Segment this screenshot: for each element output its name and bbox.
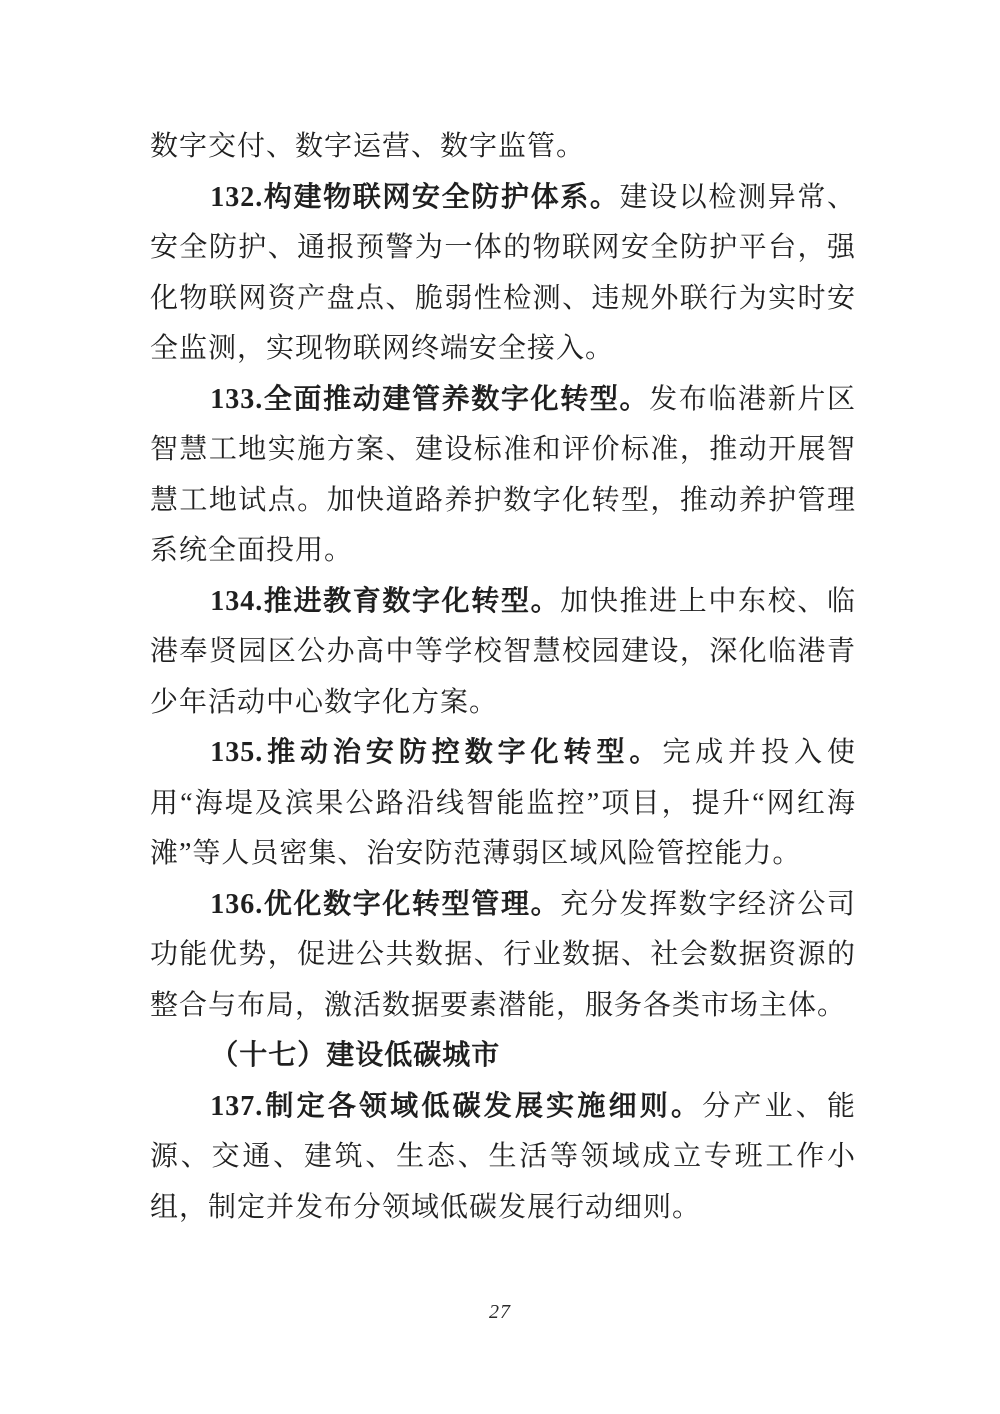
item-135-label: 135.推动治安防控数字化转型。 — [210, 737, 662, 768]
item-136-label: 136.优化数字化转型管理。 — [210, 889, 560, 920]
paragraph-item-135: 135.推动治安防控数字化转型。完成并投入使用“海堤及滨果公路沿线智能监控”项目… — [150, 728, 856, 880]
document-content: 数字交付、数字运营、数字监管。 132.构建物联网安全防护体系。建设以检测异常、… — [150, 122, 856, 1233]
paragraph-continuation: 数字交付、数字运营、数字监管。 — [150, 122, 856, 173]
item-133-label: 133.全面推动建管养数字化转型。 — [210, 384, 649, 415]
item-134-label: 134.推进教育数字化转型。 — [210, 586, 560, 617]
section-heading-17-text: （十七）建设低碳城市 — [210, 1040, 500, 1071]
paragraph-text: 数字交付、数字运营、数字监管。 — [150, 131, 585, 162]
paragraph-item-136: 136.优化数字化转型管理。充分发挥数字经济公司功能优势，促进公共数据、行业数据… — [150, 880, 856, 1032]
paragraph-item-133: 133.全面推动建管养数字化转型。发布临港新片区智慧工地实施方案、建设标准和评价… — [150, 375, 856, 577]
paragraph-item-132: 132.构建物联网安全防护体系。建设以检测异常、安全防护、通报预警为一体的物联网… — [150, 173, 856, 375]
item-132-label: 132.构建物联网安全防护体系。 — [210, 182, 619, 213]
section-heading-17: （十七）建设低碳城市 — [150, 1031, 856, 1082]
page-number: 27 — [0, 1301, 1000, 1324]
paragraph-item-134: 134.推进教育数字化转型。加快推进上中东校、临港奉贤园区公办高中等学校智慧校园… — [150, 577, 856, 729]
paragraph-item-137: 137.制定各领域低碳发展实施细则。分产业、能源、交通、建筑、生态、生活等领域成… — [150, 1082, 856, 1234]
document-page: 数字交付、数字运营、数字监管。 132.构建物联网安全防护体系。建设以检测异常、… — [0, 0, 1000, 1414]
item-137-label: 137.制定各领域低碳发展实施细则。 — [210, 1091, 702, 1122]
